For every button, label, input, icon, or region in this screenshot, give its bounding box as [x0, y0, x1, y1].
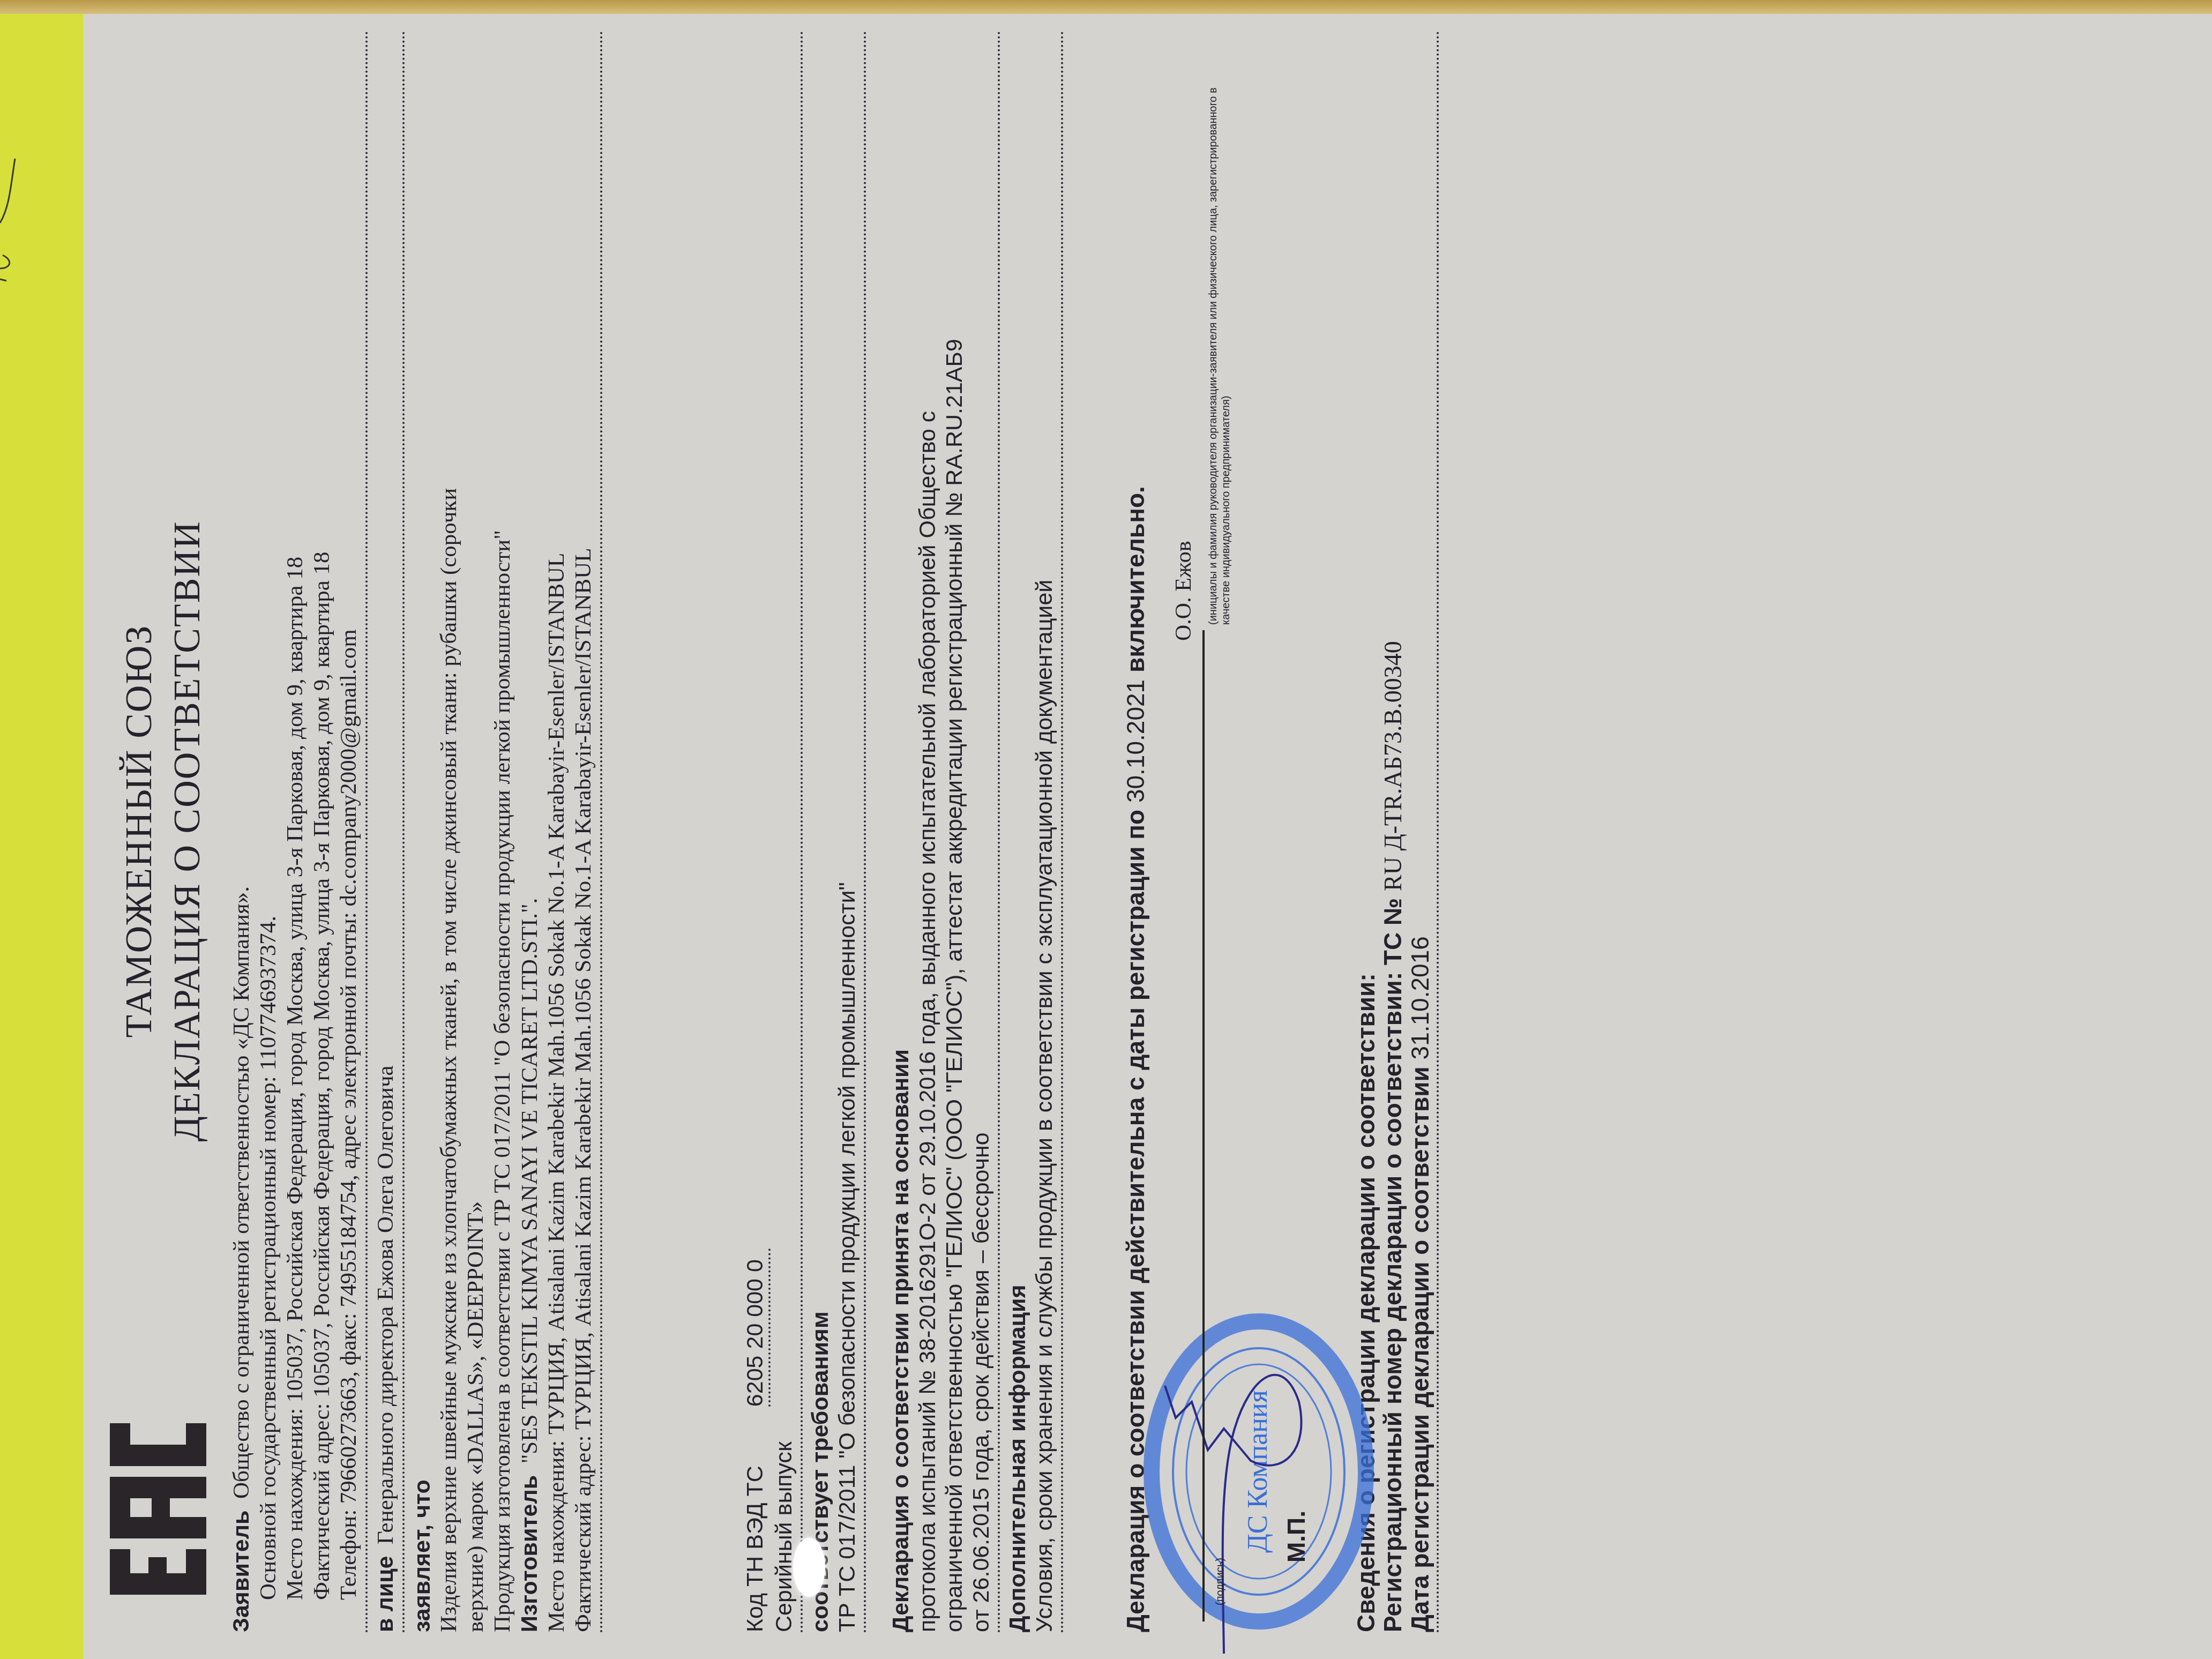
applicant-label: Заявитель: [228, 1510, 254, 1632]
basis-line-1: протокола испытаний № 38-2016291О-2 от 2…: [914, 30, 941, 1632]
additional-info-label: Дополнительная информация: [1004, 30, 1031, 1632]
signer-name: О.О. Ежов: [1170, 541, 1197, 641]
light-glare: [793, 1538, 825, 1597]
handwriting-scribble-icon: [0, 153, 21, 287]
document-body: Заявитель Общество с ограниченной ответс…: [228, 30, 1443, 1632]
registration-number-prefix: ТС №: [1379, 898, 1407, 965]
manufacturer-row: Изготовитель "SES TEKSTIL KIMYA SANAYI V…: [516, 30, 543, 1632]
represented-by-row: в лице Генерального директора Ежова Олег…: [372, 30, 399, 1632]
declaration-document: ТАМОЖЕННЫЙ СОЮЗ ДЕКЛАРАЦИЯ О СООТВЕТСТВИ…: [83, 14, 2212, 1659]
product-standard: Продукция изготовлена в соответствии с Т…: [489, 30, 516, 1632]
name-caption: (инициалы и фамилия руководителя организ…: [1207, 62, 1232, 625]
divider: [1437, 30, 1439, 1632]
divider: [365, 30, 368, 1632]
title-declaration: ДЕКЛАРАЦИЯ О СООТВЕТСТВИИ: [163, 30, 212, 1632]
represented-by-label: в лице: [372, 1556, 398, 1632]
validity-suffix: включительно.: [1122, 486, 1149, 672]
basis-line-2: ограниченной ответственностью "ГЕЛИОС" (…: [941, 30, 968, 1632]
conforms-label: соответствует требованиям: [807, 30, 834, 1632]
registration-number-row: Регистрационный номер декларации о соотв…: [1379, 30, 1407, 1632]
validity-date: 30.10.2021: [1122, 679, 1149, 803]
divider: [402, 30, 405, 1632]
product-description-1: Изделия верхние швейные мужские из хлопч…: [436, 30, 462, 1632]
divider: [864, 30, 866, 1632]
divider: [801, 30, 803, 1632]
tn-ved-label: Код ТН ВЭД ТС: [742, 1466, 771, 1632]
manufacturer-actual-address: Фактический адрес: ТУРЦИЯ, Atisalani Kaz…: [570, 30, 597, 1632]
manufacturer-location: Место нахождения: ТУРЦИЯ, Atisalani Kazi…: [543, 30, 570, 1632]
product-description-2: верхние) марок «DALLAS», «DEEPPOINT»: [462, 30, 489, 1632]
registration-number-value: RU Д-TR.АБ73.В.00340: [1379, 641, 1407, 891]
signature-caption: (подпись): [1207, 1558, 1234, 1605]
applicant-contacts: Телефон: 79660273663, факс: 74955184754,…: [335, 30, 362, 1632]
title-customs-union: ТАМОЖЕННЫЙ СОЮЗ: [115, 30, 163, 1632]
tn-ved-row: Код ТН ВЭД ТС 6205 20 000 0: [742, 30, 771, 1632]
signature-line: [1202, 630, 1205, 1621]
tn-ved-value: 6205 20 000 0: [742, 1249, 771, 1407]
applicant-ogrn: Основной государственный регистрационный…: [255, 30, 282, 1632]
registration-number-label: Регистрационный номер декларации о соотв…: [1379, 972, 1407, 1632]
divider: [998, 30, 1000, 1632]
release-type: Серийный выпуск: [771, 30, 797, 1632]
manufacturer-label: Изготовитель: [517, 1475, 542, 1632]
registration-date-label: Дата регистрации декларации о соответств…: [1406, 1066, 1434, 1632]
registration-date-value: 31.10.2016: [1406, 936, 1434, 1059]
manufacturer-name: "SES TEKSTIL KIMYA SANAYI VE TICARET LTD…: [517, 898, 542, 1464]
basis-label: Декларация о соответствии принята на осн…: [887, 30, 914, 1632]
registration-date-row: Дата регистрации декларации о соответств…: [1407, 30, 1433, 1632]
applicant-name: Общество с ограниченной ответственностью…: [229, 886, 254, 1499]
photo-frame-edge: [0, 0, 2212, 14]
signature-area: ДС Компания О.О. Ежов (подпись) (инициал…: [1149, 30, 1352, 1632]
represented-by-value: Генерального директора Ежова Олега Олего…: [373, 1065, 398, 1544]
applicant-location: Место нахождения: 105037, Российская Фед…: [282, 30, 309, 1632]
document-title: ТАМОЖЕННЫЙ СОЮЗ ДЕКЛАРАЦИЯ О СООТВЕТСТВИ…: [115, 30, 212, 1632]
seal-mark: М.П.: [1283, 1511, 1310, 1563]
basis-line-3: от 26.06.2015 года, срок действия – бесс…: [968, 30, 995, 1632]
sticky-note: [0, 14, 83, 1659]
applicant-actual-address: Фактический адрес: 105037, Российская Фе…: [309, 30, 335, 1632]
applicant-row: Заявитель Общество с ограниченной ответс…: [228, 30, 255, 1632]
divider: [1061, 30, 1063, 1632]
conforms-value: ТР ТС 017/2011 "О безопасности продукции…: [834, 30, 861, 1632]
declares-label: заявляет, что: [409, 30, 436, 1632]
additional-info-value: Условия, сроки хранения и службы продукц…: [1031, 30, 1058, 1632]
divider: [600, 30, 602, 1632]
signature-scribble-icon: [1160, 1279, 1320, 1654]
